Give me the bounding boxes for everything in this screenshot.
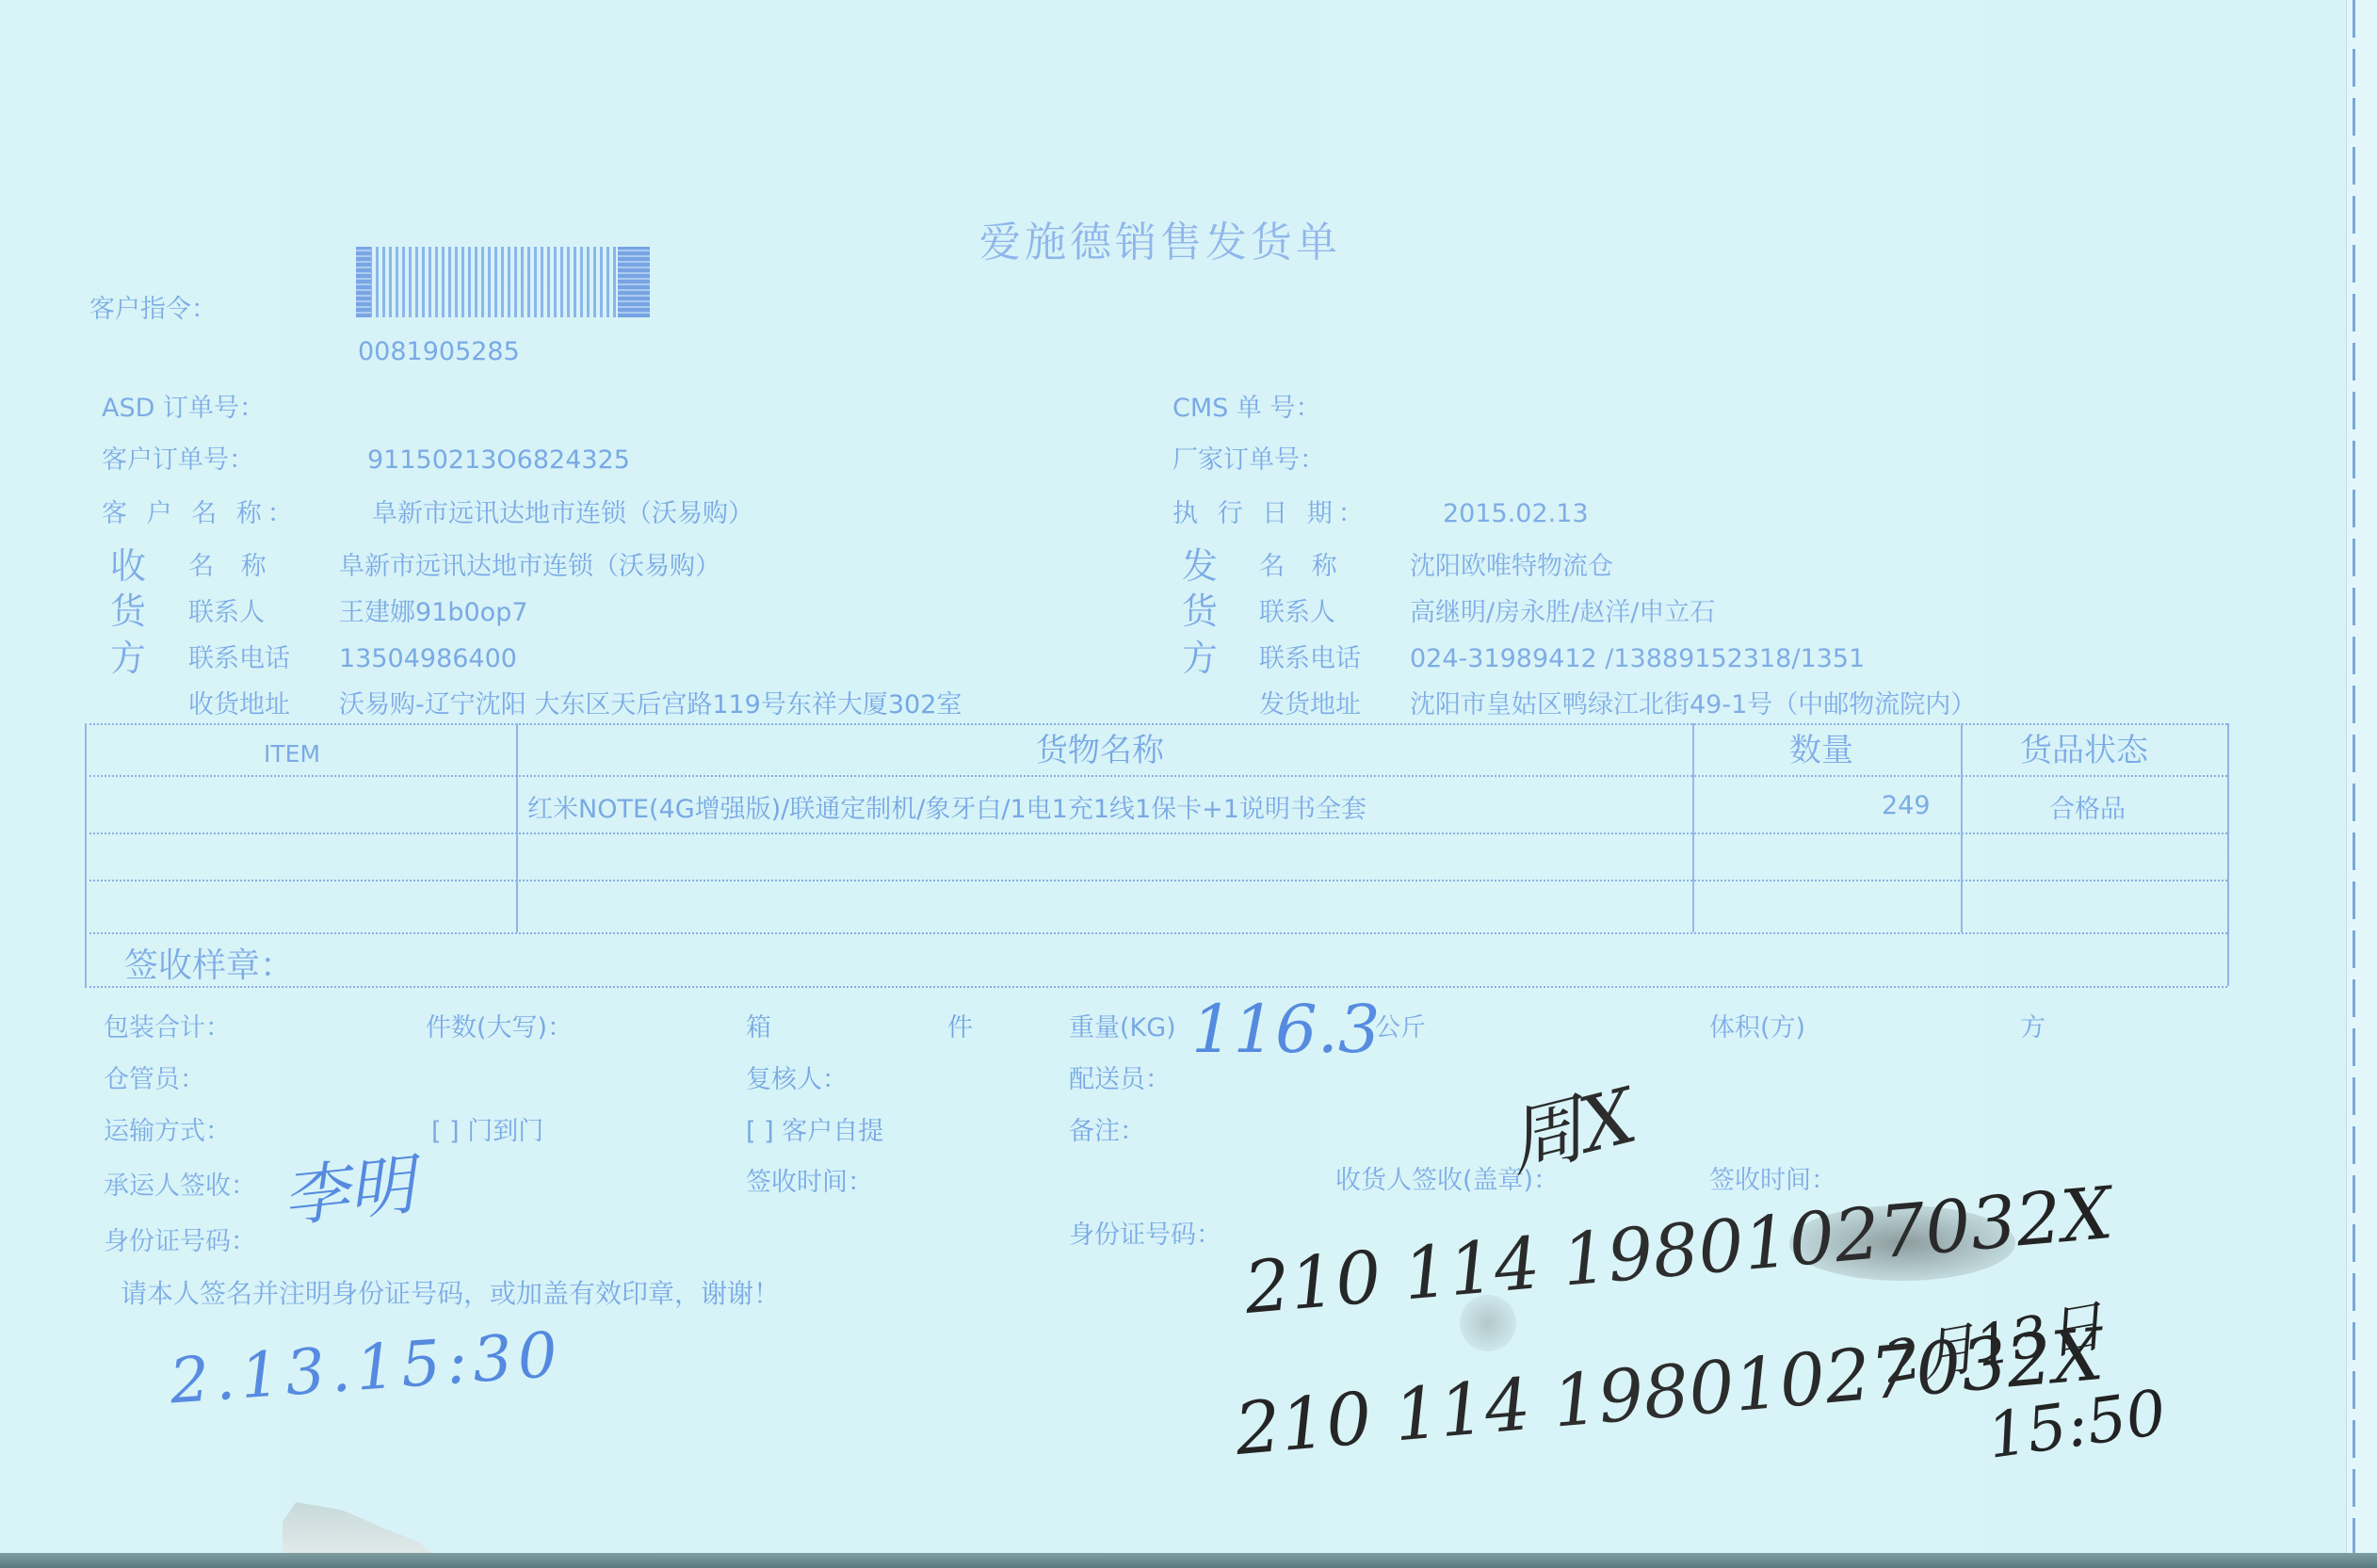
handwritten-weight: 116.3 [1191, 996, 1380, 1062]
id-number-left-label: 身份证号码： [104, 1229, 256, 1254]
remarks-label: 备注： [1069, 1119, 1145, 1144]
shipper-name: 沈阳欧唯特物流仓 [1410, 554, 1613, 579]
carrier-sign-label: 承运人签收： [104, 1173, 256, 1199]
volume-unit: 方 [2020, 1015, 2046, 1041]
shipper-phone: 024-31989412 /13889152318/1351 [1410, 646, 1865, 671]
ink-smudge [1789, 1205, 2015, 1281]
shipper-phone-label: 联系电话 [1259, 646, 1361, 671]
receiver-address-label: 收货地址 [188, 692, 290, 718]
receiver-side-char-3: 方 [110, 640, 146, 676]
receiver-contact-label: 联系人 [188, 600, 265, 625]
shipper-contact: 高继明/房永胜/赵洋/申立石 [1410, 600, 1715, 625]
dispatcher-label: 配送员： [1069, 1067, 1171, 1092]
receiver-address: 沃易购-辽宁沈阳 大东区天后宫路119号东祥大厦302室 [339, 692, 962, 718]
sign-time-left-label: 签收时间： [746, 1170, 873, 1195]
shipper-address: 沈阳市皇姑区鸭绿江北街49-1号（中邮物流院内） [1410, 692, 1976, 718]
ink-smudge [1460, 1295, 1516, 1351]
customer-name-value: 阜新市远讯达地市连锁（沃易购） [372, 501, 753, 526]
shipper-address-label: 发货地址 [1259, 692, 1361, 718]
customer-instruction-label: 客户指令： [89, 297, 217, 322]
exec-date-value: 2015.02.13 [1443, 501, 1589, 526]
asd-order-label: ASD 订单号： [102, 396, 265, 421]
customer-order-label: 客户订单号： [102, 447, 254, 473]
warehouse-keeper-label: 仓管员： [104, 1067, 205, 1092]
goods-name-cell: 红米NOTE(4G增强版)/联通定制机/象牙白/1电1充1线1保卡+1说明书全套 [527, 797, 1366, 822]
delivery-note-paper: 爱施德销售发货单 客户指令： 0081905285 ASD 订单号： 客户订单号… [0, 0, 2359, 1554]
scanner-bottom-edge [0, 1553, 2377, 1568]
shipper-side-char-3: 方 [1182, 640, 1218, 676]
stamp-label: 签收样章： [124, 949, 294, 983]
volume-label: 体积(方) [1709, 1015, 1805, 1041]
receiver-name: 阜新市远讯达地市连锁（沃易购） [339, 554, 720, 579]
reviewer-label: 复核人： [746, 1067, 848, 1092]
receiver-phone-label: 联系电话 [188, 646, 290, 671]
factory-order-label: 厂家订单号： [1172, 447, 1325, 473]
self-pickup-checkbox[interactable]: [ ] 客户自提 [746, 1119, 883, 1144]
package-total-label: 包装合计： [104, 1015, 231, 1041]
sign-time-right-label: 签收时间： [1709, 1168, 1836, 1193]
barcode-number: 0081905285 [358, 339, 520, 364]
shipper-side-char-1: 发 [1182, 548, 1218, 584]
receiver-name-label: 名 称 [188, 554, 276, 579]
cms-order-label: CMS 单 号： [1172, 396, 1320, 421]
quantity-cell: 249 [1882, 793, 1931, 818]
piece-unit: 件 [947, 1015, 973, 1041]
box-unit: 箱 [746, 1015, 771, 1041]
transport-label: 运输方式： [104, 1119, 231, 1144]
document-title: 爱施德销售发货单 [979, 222, 1341, 264]
exec-date-label: 执 行 日 期： [1172, 501, 1369, 526]
customer-name-label: 客 户 名 称： [102, 501, 299, 526]
pieces-caps-label: 件数(大写)： [426, 1015, 573, 1041]
receiver-contact: 王建娜91b0op7 [339, 600, 528, 625]
weight-label: 重量(KG) [1069, 1015, 1176, 1041]
receiver-side-char-1: 收 [110, 548, 146, 584]
signature-notice: 请本人签名并注明身份证号码，或加盖有效印章，谢谢！ [121, 1281, 780, 1307]
receiver-side-char-2: 货 [110, 593, 146, 629]
carrier-sign-time: 2.13.15:30 [168, 1323, 565, 1413]
col-header-item: ITEM [264, 742, 320, 766]
tractor-feed-strip [2346, 0, 2377, 1554]
barcode-icon [356, 247, 650, 317]
col-header-goods-name: 货物名称 [1036, 735, 1164, 767]
customer-order-value: 91150213O6824325 [367, 447, 630, 473]
status-cell: 合格品 [2049, 797, 2126, 822]
door-to-door-checkbox[interactable]: [ ] 门到门 [431, 1119, 543, 1144]
receiver-phone: 13504986400 [339, 646, 517, 671]
shipper-contact-label: 联系人 [1259, 600, 1335, 625]
carrier-signature: 李明 [280, 1152, 418, 1231]
col-header-status: 货品状态 [2020, 735, 2148, 767]
receiver-signature: 周X [1499, 1078, 1642, 1183]
col-header-quantity: 数量 [1789, 735, 1853, 767]
shipper-side-char-2: 货 [1182, 593, 1218, 629]
shipper-name-label: 名 称 [1259, 554, 1347, 579]
id-number-right-label: 身份证号码： [1069, 1222, 1221, 1248]
weight-unit: 公斤 [1375, 1015, 1426, 1041]
